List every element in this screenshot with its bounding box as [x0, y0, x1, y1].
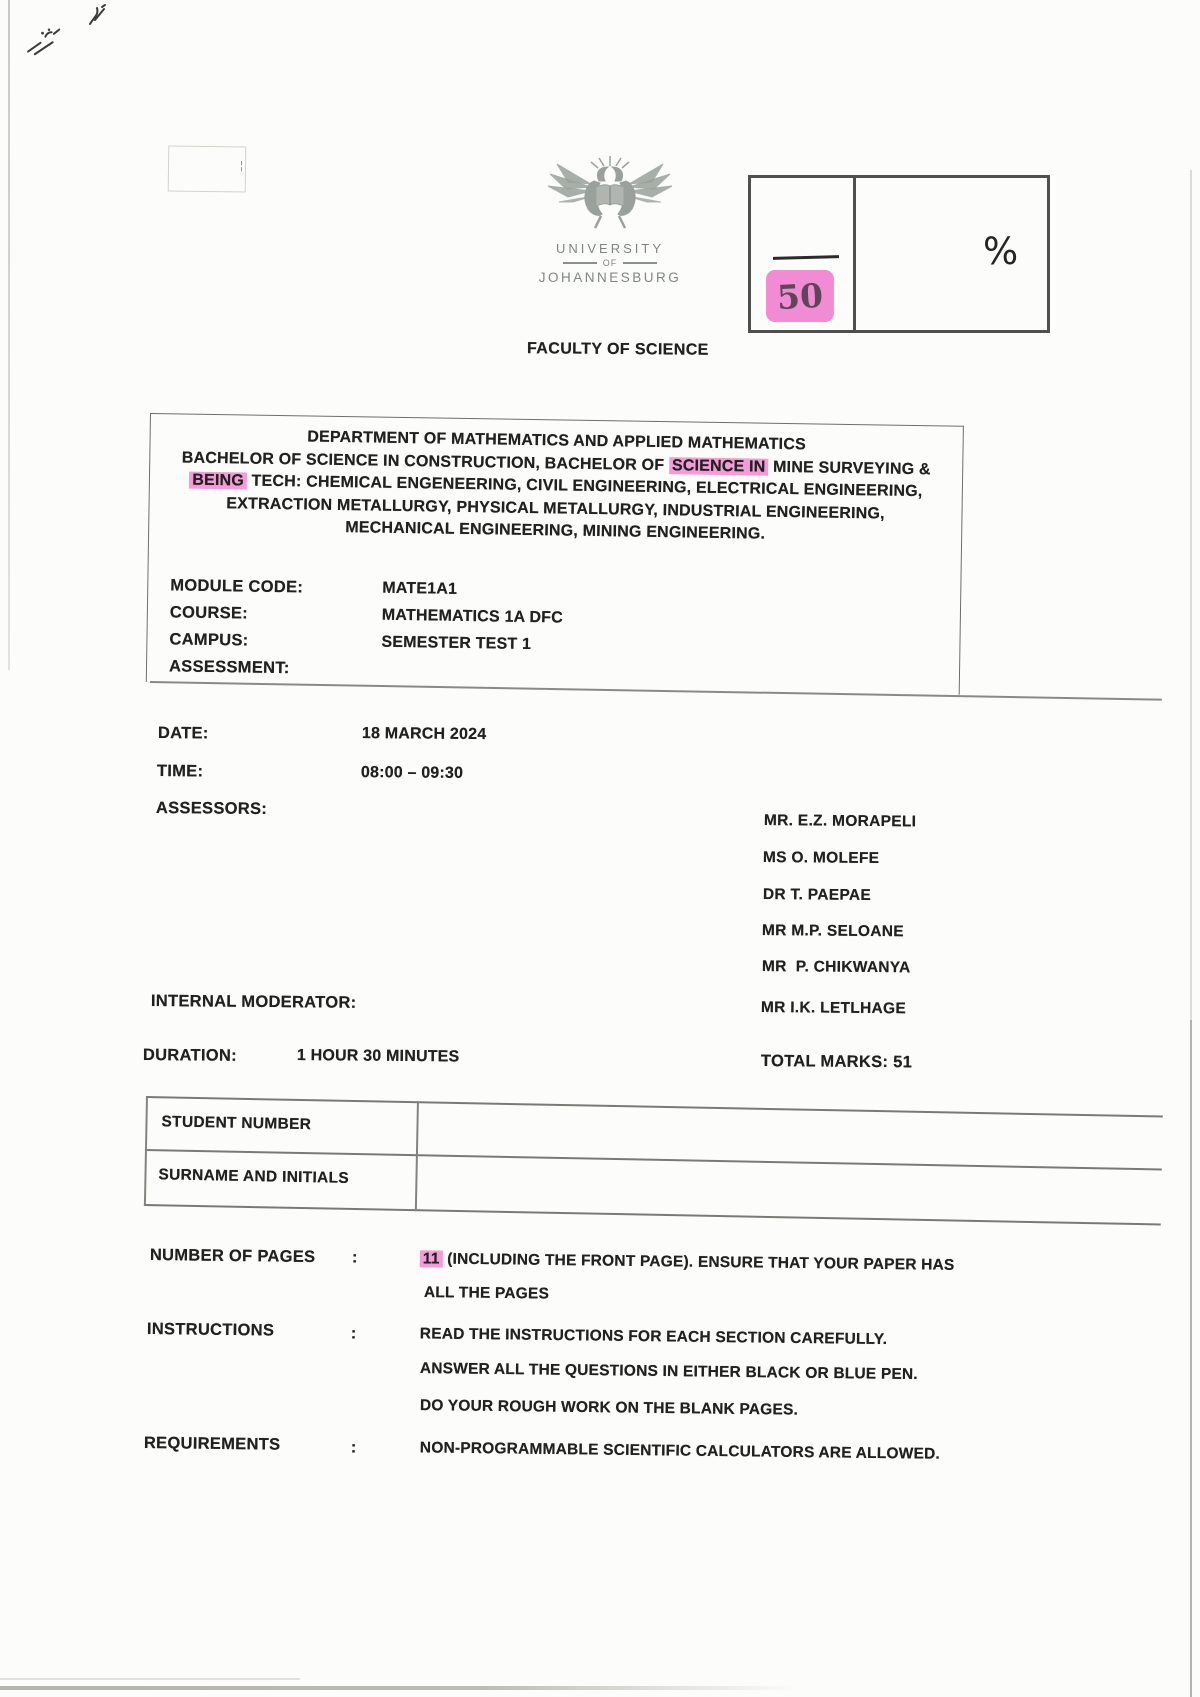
percent-sign: % — [983, 230, 1018, 273]
scanned-exam-cover-page: { "logo": { "university": "UNIVERSITY", … — [0, 0, 1200, 1697]
department-module-box: DEPARTMENT OF MATHEMATICS AND APPLIED MA… — [146, 413, 964, 695]
requirements-text: NON-PROGRAMMABLE SCIENTIFIC CALCULATORS … — [420, 1439, 940, 1463]
instruction-line-2: ANSWER ALL THE QUESTIONS IN EITHER BLACK… — [420, 1360, 918, 1384]
scan-edge-line-bottom — [0, 1686, 800, 1690]
assessor-name: MR P. CHIKWANYA — [762, 958, 911, 977]
time-label: TIME: — [157, 762, 204, 781]
ink-scribble-mark-left — [19, 20, 69, 60]
scan-edge-line-bottom-faint — [0, 1678, 300, 1680]
course-value: MATHEMATICS 1A DFC — [382, 607, 563, 628]
mark-score-box: 50 % — [748, 175, 1050, 333]
internal-moderator-name: MR I.K. LETLHAGE — [761, 999, 906, 1018]
requirements-label: REQUIREMENTS — [144, 1434, 281, 1454]
number-of-pages-label: NUMBER OF PAGES — [150, 1246, 316, 1266]
logo-rule-right — [623, 262, 657, 264]
logo-text-of: OF — [603, 258, 618, 268]
highlighted-text-science-in: SCIENCE IN — [669, 457, 769, 476]
module-code-value: MATE1A1 — [382, 580, 457, 599]
internal-moderator-label: INTERNAL MODERATOR: — [151, 992, 357, 1013]
ink-scribble-mark-top — [84, 2, 110, 28]
assessor-name: MR. E.Z. MORAPELI — [764, 812, 917, 831]
university-logo: UNIVERSITY OF JOHANNESBURG — [537, 156, 683, 285]
colon: : — [351, 1439, 357, 1458]
score-fraction-line — [773, 255, 839, 260]
campus-label: CAMPUS: — [169, 630, 248, 649]
date-label: DATE: — [158, 724, 209, 743]
student-number-label: STUDENT NUMBER — [161, 1113, 311, 1134]
instructions-row: INSTRUCTIONS : READ THE INSTRUCTIONS FOR… — [147, 1320, 1147, 1351]
colon: : — [351, 1324, 357, 1343]
logo-rule-left — [563, 262, 597, 264]
faint-empty-stamp-box — [168, 145, 247, 192]
course-label: COURSE: — [170, 603, 248, 622]
logo-text-johannesburg: JOHANNESBURG — [537, 270, 683, 285]
assessor-name: MS O. MOLEFE — [763, 849, 880, 868]
assessment-label: ASSESSMENT: — [169, 657, 290, 677]
handwritten-score: 50 — [776, 275, 824, 316]
number-of-pages-row: NUMBER OF PAGES : 11 (INCLUDING THE FRON… — [150, 1246, 1150, 1277]
instruction-line-3: DO YOUR ROUGH WORK ON THE BLANK PAGES. — [420, 1397, 798, 1420]
surname-initials-label: SURNAME AND INITIALS — [158, 1166, 349, 1188]
scan-edge-line-right-upper — [1190, 170, 1192, 1020]
department-text: DEPARTMENT OF MATHEMATICS AND APPLIED MA… — [157, 424, 955, 549]
duration-label: DURATION: — [143, 1046, 237, 1066]
scan-edge-line-left — [8, 0, 10, 670]
total-marks: TOTAL MARKS: 51 — [761, 1052, 912, 1072]
assessors-label: ASSESSORS: — [156, 799, 267, 819]
date-value: 18 MARCH 2024 — [362, 725, 487, 744]
assessor-name: MR M.P. SELOANE — [762, 922, 904, 941]
time-value: 08:00 – 09:30 — [361, 764, 463, 783]
number-of-pages-text: 11 (INCLUDING THE FRONT PAGE). ENSURE TH… — [420, 1250, 955, 1275]
logo-text-of-row: OF — [537, 258, 683, 268]
faculty-heading: FACULTY OF SCIENCE — [508, 340, 728, 360]
campus-value: SEMESTER TEST 1 — [381, 634, 531, 654]
highlighted-text-being: BEING — [189, 472, 247, 490]
requirements-row: REQUIREMENTS : NON-PROGRAMMABLE SCIENTIF… — [144, 1434, 1154, 1465]
score-highlight: 50 — [766, 270, 834, 322]
logo-text-university: UNIVERSITY — [537, 241, 683, 256]
uj-crest-icon — [537, 156, 683, 234]
instruction-line-1: READ THE INSTRUCTIONS FOR EACH SECTION C… — [420, 1325, 888, 1349]
faint-stamp-box-mark: ¦ — [240, 160, 243, 172]
all-the-pages-text: ALL THE PAGES — [424, 1284, 549, 1304]
colon: : — [352, 1248, 358, 1267]
assessor-name: DR T. PAEPAE — [763, 886, 871, 905]
student-details-table: STUDENT NUMBER SURNAME AND INITIALS — [144, 1096, 1163, 1226]
highlighted-page-count: 11 — [420, 1250, 443, 1267]
duration-value: 1 HOUR 30 MINUTES — [297, 1047, 460, 1066]
instructions-label: INSTRUCTIONS — [147, 1320, 275, 1340]
scan-edge-line-right-lower — [1190, 1020, 1192, 1697]
module-code-label: MODULE CODE: — [170, 576, 303, 596]
score-box-divider — [853, 178, 856, 330]
